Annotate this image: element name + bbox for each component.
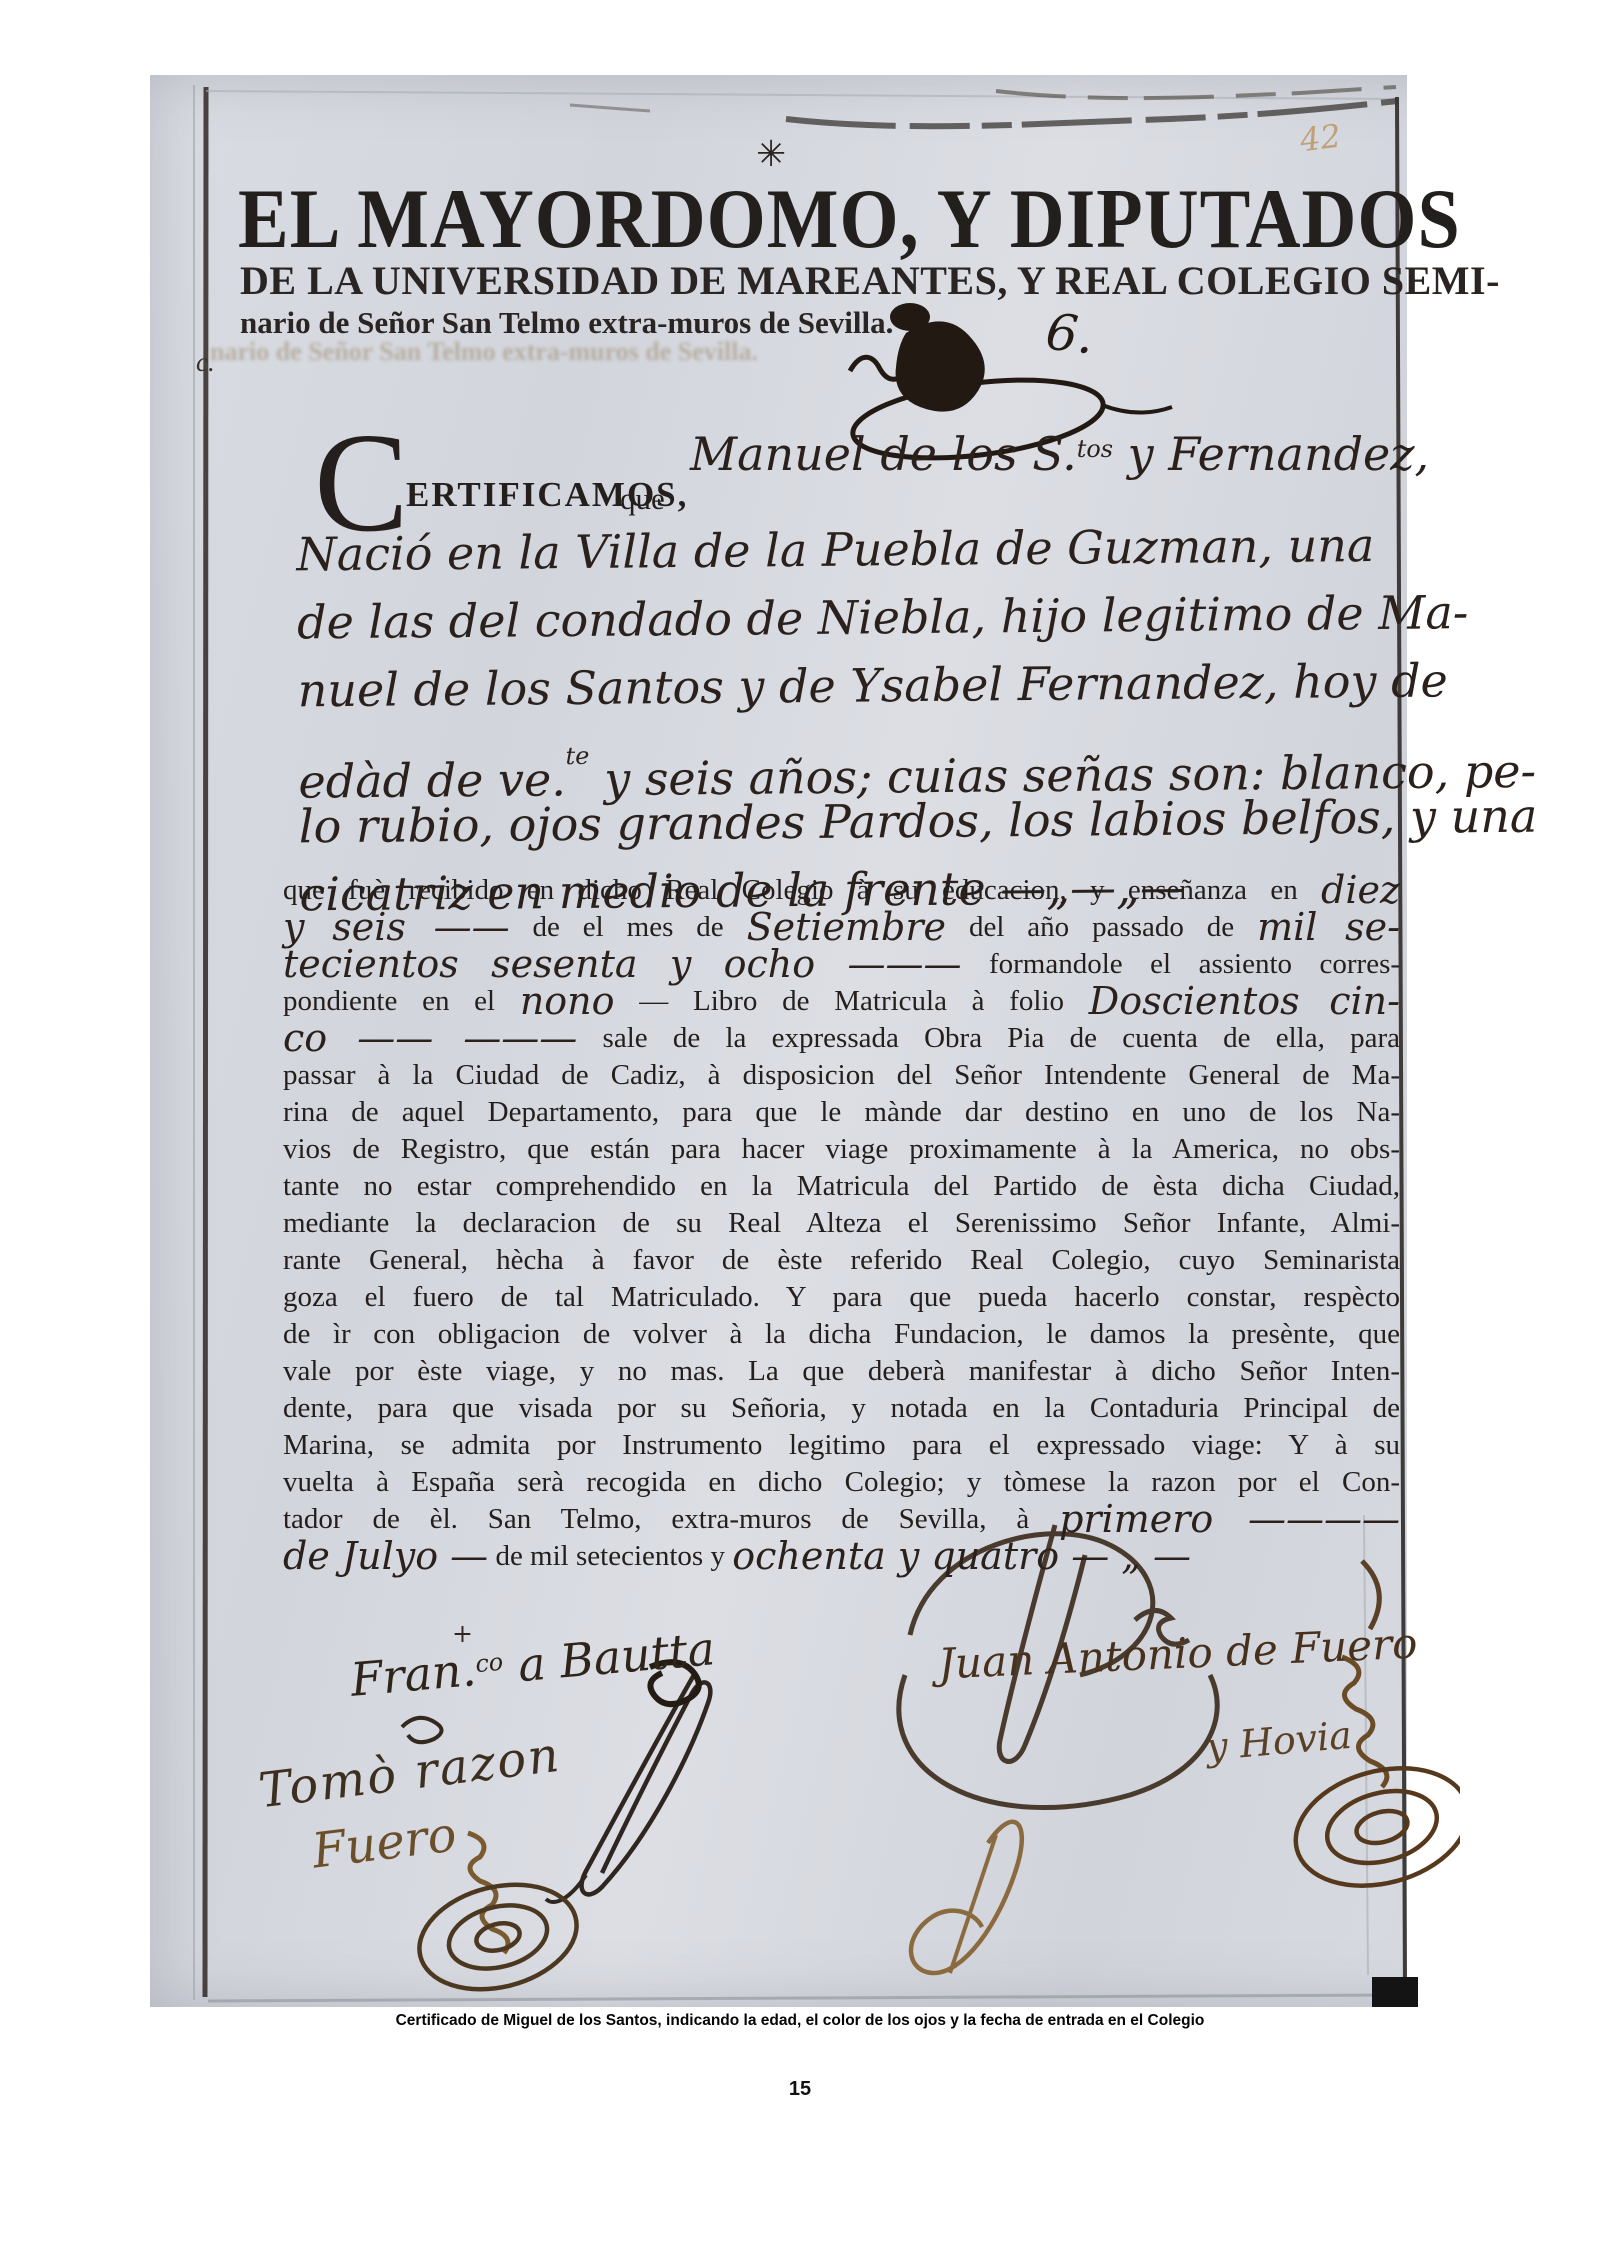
manuscript-line: Nació en la Villa de la Puebla de Guzman…	[296, 510, 1535, 589]
handwritten-number-mark: 6.	[1043, 303, 1097, 366]
pen-squiggle-icon	[402, 1718, 442, 1742]
que-word: que	[620, 481, 665, 517]
body-line: mediante la declaracion de su Real Altez…	[283, 1205, 1400, 1242]
page-number: 15	[0, 2078, 1600, 2101]
bleed-through-text: nario de Señor San Telmo extra-muros de …	[210, 337, 758, 367]
body-line: vale por èste viage, y no mas. La que de…	[283, 1353, 1400, 1390]
document-title-line2: DE LA UNIVERSIDAD DE MAREANTES, Y REAL C…	[240, 257, 1500, 304]
signature-right-line2: y Hovia	[1204, 1713, 1353, 1770]
body-line: de ìr con obligacion de volver à la dich…	[283, 1316, 1400, 1353]
manuscript-name-line: Manuel de los S.tos y Fernandez,	[690, 427, 1429, 481]
body-line: vios de Registro, que están para hacer v…	[283, 1131, 1400, 1168]
manuscript-line: de las del condado de Niebla, hijo legit…	[297, 578, 1536, 657]
body-line: Marina, se admita por Instrumento legiti…	[283, 1427, 1400, 1464]
top-scratch-marks	[570, 87, 1398, 126]
quill-flourish-icon	[546, 1662, 710, 1902]
tomo-razon-line1: Tomò razon	[256, 1727, 564, 1820]
faded-ink-note: 42	[1298, 117, 1343, 160]
signature-right-line1: Juan Antonio de Fuero	[937, 1619, 1418, 1689]
manuscript-line: edàd de ve.te y seis años; cuias señas s…	[298, 714, 1537, 793]
body-line: goza el fuero de tal Matriculado. Y para…	[283, 1279, 1400, 1316]
document-title-line1: EL MAYORDOMO, Y DIPUTADOS	[238, 171, 1461, 268]
body-line: rina de aquel Departamento, para que le …	[283, 1094, 1400, 1131]
manuscript-line: lo rubio, ojos grandes Pardos, los labio…	[299, 782, 1538, 861]
manuscript-line: nuel de los Santos y de Ysabel Fernandez…	[297, 646, 1536, 725]
tomo-razon-line2: Fuero	[309, 1806, 459, 1879]
figure-caption: Certificado de Miguel de los Santos, ind…	[340, 2012, 1260, 2030]
photo-white-margin	[1407, 75, 1460, 2007]
center-flourish-icon	[911, 1822, 1022, 1973]
body-line: tecientos sesenta y ocho ——— formandole …	[283, 946, 1400, 983]
body-line: vuelta à España serà recogida en dicho C…	[283, 1464, 1400, 1501]
body-line: y seis —— de el mes de Setiembre del año…	[283, 909, 1400, 946]
body-line: tador de èl. San Telmo, extra-muros de S…	[283, 1501, 1400, 1538]
printers-star-icon: ✳	[756, 133, 786, 175]
body-line: pondiente en el nono — Libro de Matricul…	[283, 983, 1400, 1020]
body-line: de Julyo — de mil setecientos y ochenta …	[283, 1538, 1400, 1575]
body-line: passar à la Ciudad de Cadiz, à disposici…	[283, 1057, 1400, 1094]
body-line: tante no estar comprehendido en la Matri…	[283, 1168, 1400, 1205]
margin-letter-mark: c.	[196, 347, 215, 378]
body-line: rante General, hècha à favor de èste ref…	[283, 1242, 1400, 1279]
page: ✳ 42 EL MAYORDOMO, Y DIPUTADOS DE LA UNI…	[0, 0, 1600, 2264]
document-title-line3: nario de Señor San Telmo extra-muros de …	[240, 305, 893, 341]
signature-left: Fran.co a Bautta	[348, 1621, 717, 1707]
spiral-rubric-right-icon	[1283, 1657, 1460, 1904]
manuscript-block: Nació en la Villa de la Puebla de Guzman…	[296, 510, 1538, 929]
printed-body: que fuè recibido en dicho Real Colegio à…	[283, 872, 1400, 1575]
document-scan: ✳ 42 EL MAYORDOMO, Y DIPUTADOS DE LA UNI…	[150, 75, 1460, 2007]
film-black-square	[1372, 1977, 1418, 2007]
body-line: dente, para que visada por su Señoria, y…	[283, 1390, 1400, 1427]
body-line: que fuè recibido en dicho Real Colegio à…	[283, 872, 1400, 909]
body-line: co —— ——— sale de la expressada Obra Pia…	[283, 1020, 1400, 1057]
